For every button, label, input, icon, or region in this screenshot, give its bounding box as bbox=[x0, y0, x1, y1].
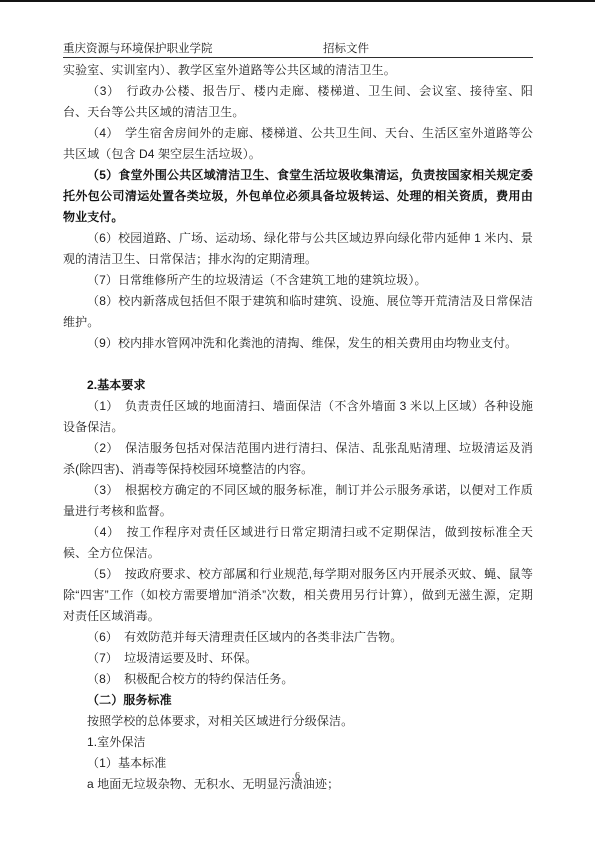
paragraph: （7）日常维修所产生的垃圾清运（不含建筑工地的建筑垃圾）。 bbox=[63, 270, 533, 291]
paragraph: （4） 学生宿舍房间外的走廊、楼梯道、公共卫生间、天台、生活区室外道路等公共区域… bbox=[63, 123, 533, 165]
paragraph: 1.室外保洁 bbox=[63, 732, 533, 753]
paragraph: （7） 垃圾清运要及时、环保。 bbox=[63, 648, 533, 669]
page-footer: 6 bbox=[0, 771, 595, 782]
paragraph: （8）校内新落成包括但不限于建筑和临时建筑、设施、展位等开荒清洁及日常保洁维护。 bbox=[63, 291, 533, 333]
paragraph: （3） 根据校方确定的不同区域的服务标准，制订并公示服务承诺，以便对工作质量进行… bbox=[63, 480, 533, 522]
page-top-edge-line bbox=[0, 0, 595, 2]
paragraph: 实验室、实训室内）、教学区室外道路等公共区域的清洁卫生。 bbox=[63, 60, 533, 81]
paragraph: （3） 行政办公楼、报告厅、楼内走廊、楼梯道、卫生间、会议室、接待室、阳台、天台… bbox=[63, 81, 533, 123]
paragraph: （4） 按工作程序对责任区域进行日常定期清扫或不定期保洁，做到按标准全天候、全方… bbox=[63, 522, 533, 564]
paragraph: （5）食堂外围公共区域清洁卫生、食堂生活垃圾收集清运，负责按国家相关规定委托外包… bbox=[63, 165, 533, 228]
paragraph: （1） 负责责任区域的地面清扫、墙面保洁（不含外墙面 3 米以上区域）各种设施设… bbox=[63, 396, 533, 438]
paragraph: （6） 有效防范并每天清理责任区域内的各类非法广告物。 bbox=[63, 627, 533, 648]
paragraph: 2.基本要求 bbox=[63, 375, 533, 396]
page-header: 重庆资源与环境保护职业学院 招标文件 bbox=[63, 42, 533, 58]
paragraph: （6）校园道路、广场、运动场、绿化带与公共区域边界向绿化带内延伸 1 米内、景观… bbox=[63, 228, 533, 270]
paragraph: （2） 保洁服务包括对保洁范围内进行清扫、保洁、乱张乱贴清理、垃圾清运及消杀(除… bbox=[63, 438, 533, 480]
paragraph: （8） 积极配合校方的特约保洁任务。 bbox=[63, 669, 533, 690]
header-doc-type: 招标文件 bbox=[323, 42, 369, 56]
page-number: 6 bbox=[295, 771, 300, 782]
paragraph: （5） 按政府要求、校方部属和行业规范,每学期对服务区内开展杀灭蚊、蝇、鼠等除“… bbox=[63, 564, 533, 627]
paragraph: 按照学校的总体要求，对相关区域进行分级保洁。 bbox=[63, 711, 533, 732]
paragraph: （9）校内排水管网冲洗和化粪池的清掏、维保，发生的相关费用由均物业支付。 bbox=[63, 333, 533, 354]
document-page: { "header": { "school_name": "重庆资源与环境保护职… bbox=[0, 0, 595, 841]
paragraph: （二）服务标准 bbox=[63, 690, 533, 711]
document-body: 实验室、实训室内）、教学区室外道路等公共区域的清洁卫生。（3） 行政办公楼、报告… bbox=[63, 60, 533, 795]
header-school-name: 重庆资源与环境保护职业学院 bbox=[63, 42, 213, 56]
